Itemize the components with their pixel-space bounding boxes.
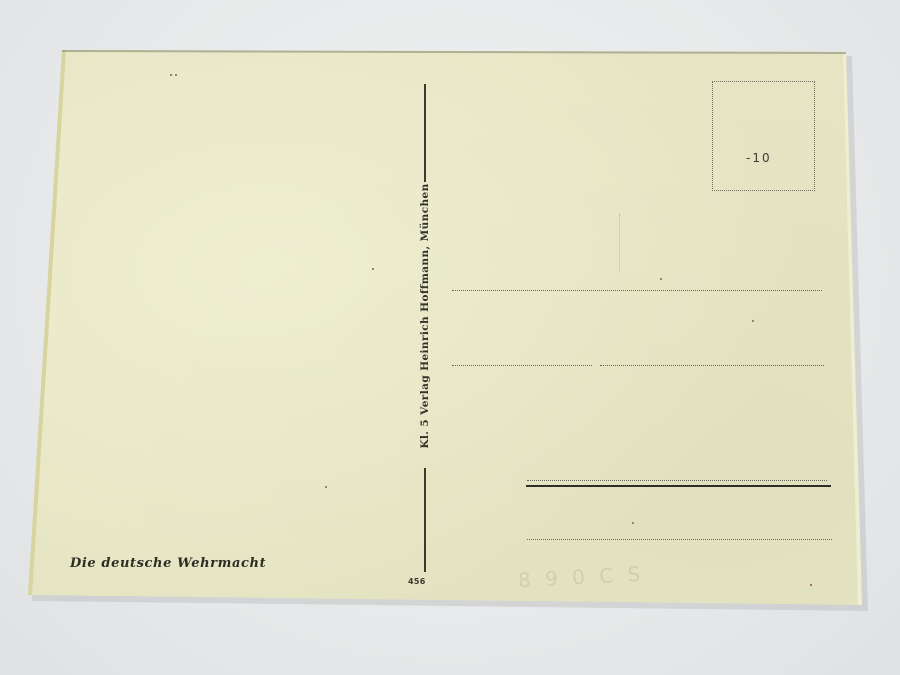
card-number: 456: [408, 577, 426, 586]
stamp-box: [712, 81, 815, 191]
speck: [660, 278, 662, 280]
address-line-1: [452, 290, 822, 291]
address-line-2a: [452, 365, 592, 366]
speck: [372, 268, 374, 270]
divider-line-top: [424, 84, 426, 182]
publisher-text: Kl. 5 Verlag Heinrich Hoffmann, München: [419, 183, 431, 448]
address-line-3-solid: [526, 485, 831, 487]
speck: [325, 486, 327, 488]
caption-text: Die deutsche Wehrmacht: [70, 556, 266, 571]
address-line-2b: [600, 365, 824, 366]
stamp-value: -10: [746, 151, 772, 165]
speck: [632, 522, 634, 524]
address-line-4: [527, 539, 832, 540]
speck: [170, 74, 172, 76]
address-line-3-dots: [527, 480, 827, 481]
speck: [810, 584, 812, 586]
speck: [175, 74, 177, 76]
faint-dotted-mark: [619, 214, 620, 272]
speck: [752, 320, 754, 322]
divider-line-bottom: [424, 468, 426, 572]
